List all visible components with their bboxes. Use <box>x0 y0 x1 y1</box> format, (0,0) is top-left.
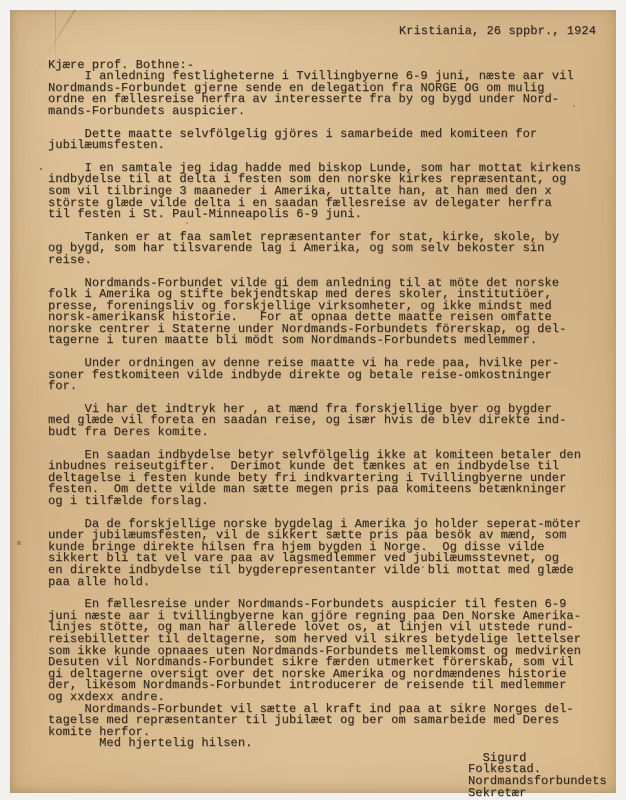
letter-paragraph: Tanken er at faa samlet repræsentanter f… <box>48 232 598 267</box>
paper-specks <box>10 10 12 12</box>
signature-block: Sigurd Folkestad. Nordmandsforbundets Se… <box>48 753 598 799</box>
letter-paragraph: I anledning festligheterne i Tvillingbye… <box>48 71 598 117</box>
letter-paragraph: Nordmands-Forbundet vilde gi dem anledni… <box>48 278 598 348</box>
signature-title: Nordmandsforbundets Sekretær <box>468 776 598 799</box>
letter-paragraph: En fællesreise under Nordmands-Forbundet… <box>48 599 598 703</box>
letter-paragraph: Under ordningen av denne reise maatte vi… <box>48 358 598 393</box>
letter-paragraph: En saadan indbydelse betyr selvfölgelig … <box>48 450 598 508</box>
signature-name: Sigurd Folkestad. <box>468 753 598 776</box>
scanned-letter: Kristiania, 26 sppbr., 1924 Kjære prof. … <box>0 0 626 800</box>
letter-paragraph: I en samtale jeg idag hadde med biskop L… <box>48 163 598 221</box>
letter-paragraph: Dette maatte selvfölgelig gjöres i samar… <box>48 129 598 152</box>
letter-paragraph: Vi har det indtryk her , at mænd fra for… <box>48 404 598 439</box>
closing-line: Med hjertelig hilsen. <box>48 738 598 750</box>
dateline: Kristiania, 26 sppbr., 1924 <box>48 26 598 38</box>
letter-paragraph: Nordmands-Forbundet vil sætte al kraft i… <box>48 704 598 739</box>
letter-paragraph: Da de forskjellige norske bygdelag i Ame… <box>48 519 598 589</box>
letter-page: Kristiania, 26 sppbr., 1924 Kjære prof. … <box>10 10 616 793</box>
